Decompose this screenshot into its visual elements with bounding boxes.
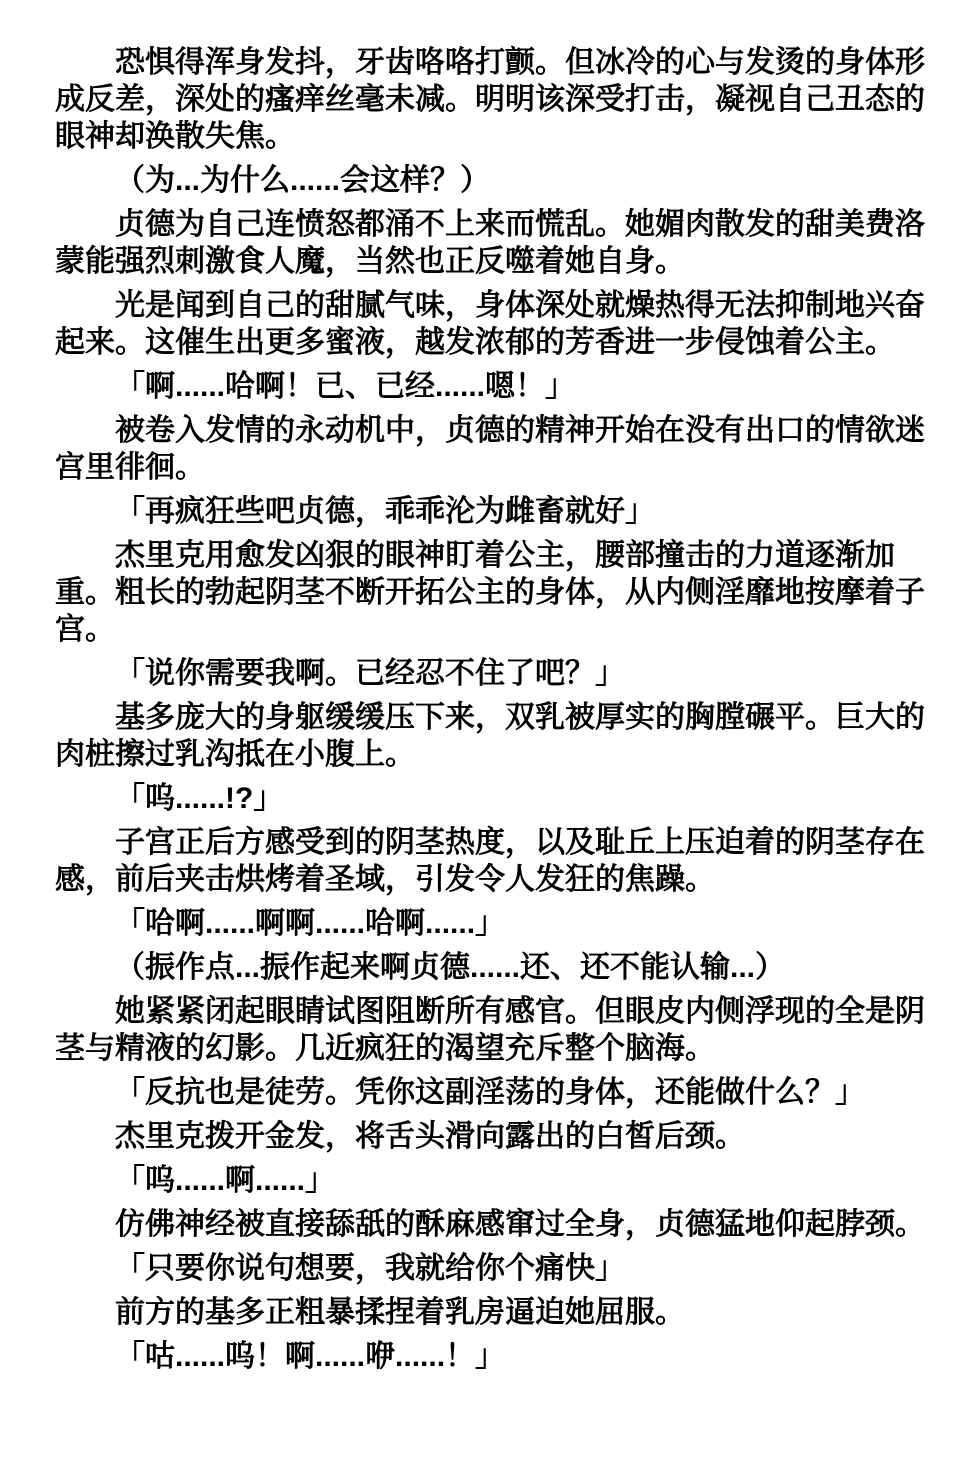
paragraph: 贞德为自己连愤怒都涌不上来而慌乱。她媚肉散发的甜美费洛蒙能强烈刺激食人魔，当然也… [55,206,930,280]
paragraph: 「再疯狂些吧贞德，乖乖沦为雌畜就好」 [55,493,930,530]
paragraph: 光是闻到自己的甜腻气味，身体深处就燥热得无法抑制地兴奋起来。这催生出更多蜜液，越… [55,287,930,361]
paragraph: 前方的基多正粗暴揉捏着乳房逼迫她屈服。 [55,1294,930,1331]
paragraph: 「哈啊......啊啊......哈啊......」 [55,905,930,942]
paragraph: 恐惧得浑身发抖，牙齿咯咯打颤。但冰冷的心与发烫的身体形成反差，深处的瘙痒丝毫未减… [55,44,930,155]
paragraph: （振作点...振作起来啊贞德......还、还不能认输...） [55,949,930,986]
paragraph: 「呜......啊......」 [55,1162,930,1199]
paragraph: 「咕......呜！啊......咿......！」 [55,1338,930,1375]
paragraph: 「说你需要我啊。已经忍不住了吧？」 [55,655,930,692]
paragraph: 「只要你说句想要，我就给你个痛快」 [55,1250,930,1287]
paragraph: 杰里克拨开金发，将舌头滑向露出的白皙后颈。 [55,1118,930,1155]
paragraph: 「反抗也是徒劳。凭你这副淫荡的身体，还能做什么？」 [55,1074,930,1111]
paragraph: 基多庞大的身躯缓缓压下来，双乳被厚实的胸膛碾平。巨大的肉桩擦过乳沟抵在小腹上。 [55,699,930,773]
novel-text-page: 恐惧得浑身发抖，牙齿咯咯打颤。但冰冷的心与发烫的身体形成反差，深处的瘙痒丝毫未减… [0,0,974,1459]
paragraph: 「啊......哈啊！已、已经......嗯！」 [55,368,930,405]
paragraph: 仿佛神经被直接舔舐的酥麻感窜过全身，贞德猛地仰起脖颈。 [55,1206,930,1243]
paragraph: 被卷入发情的永动机中，贞德的精神开始在没有出口的情欲迷宫里徘徊。 [55,412,930,486]
paragraph: 杰里克用愈发凶狠的眼神盯着公主，腰部撞击的力道逐渐加重。粗长的勃起阴茎不断开拓公… [55,537,930,648]
paragraph: 子宫正后方感受到的阴茎热度，以及耻丘上压迫着的阴茎存在感，前后夹击烘烤着圣域，引… [55,824,930,898]
paragraph: 「呜......!?」 [55,780,930,817]
paragraph: （为...为什么......会这样？） [55,162,930,199]
paragraph: 她紧紧闭起眼睛试图阻断所有感官。但眼皮内侧浮现的全是阴茎与精液的幻影。几近疯狂的… [55,993,930,1067]
